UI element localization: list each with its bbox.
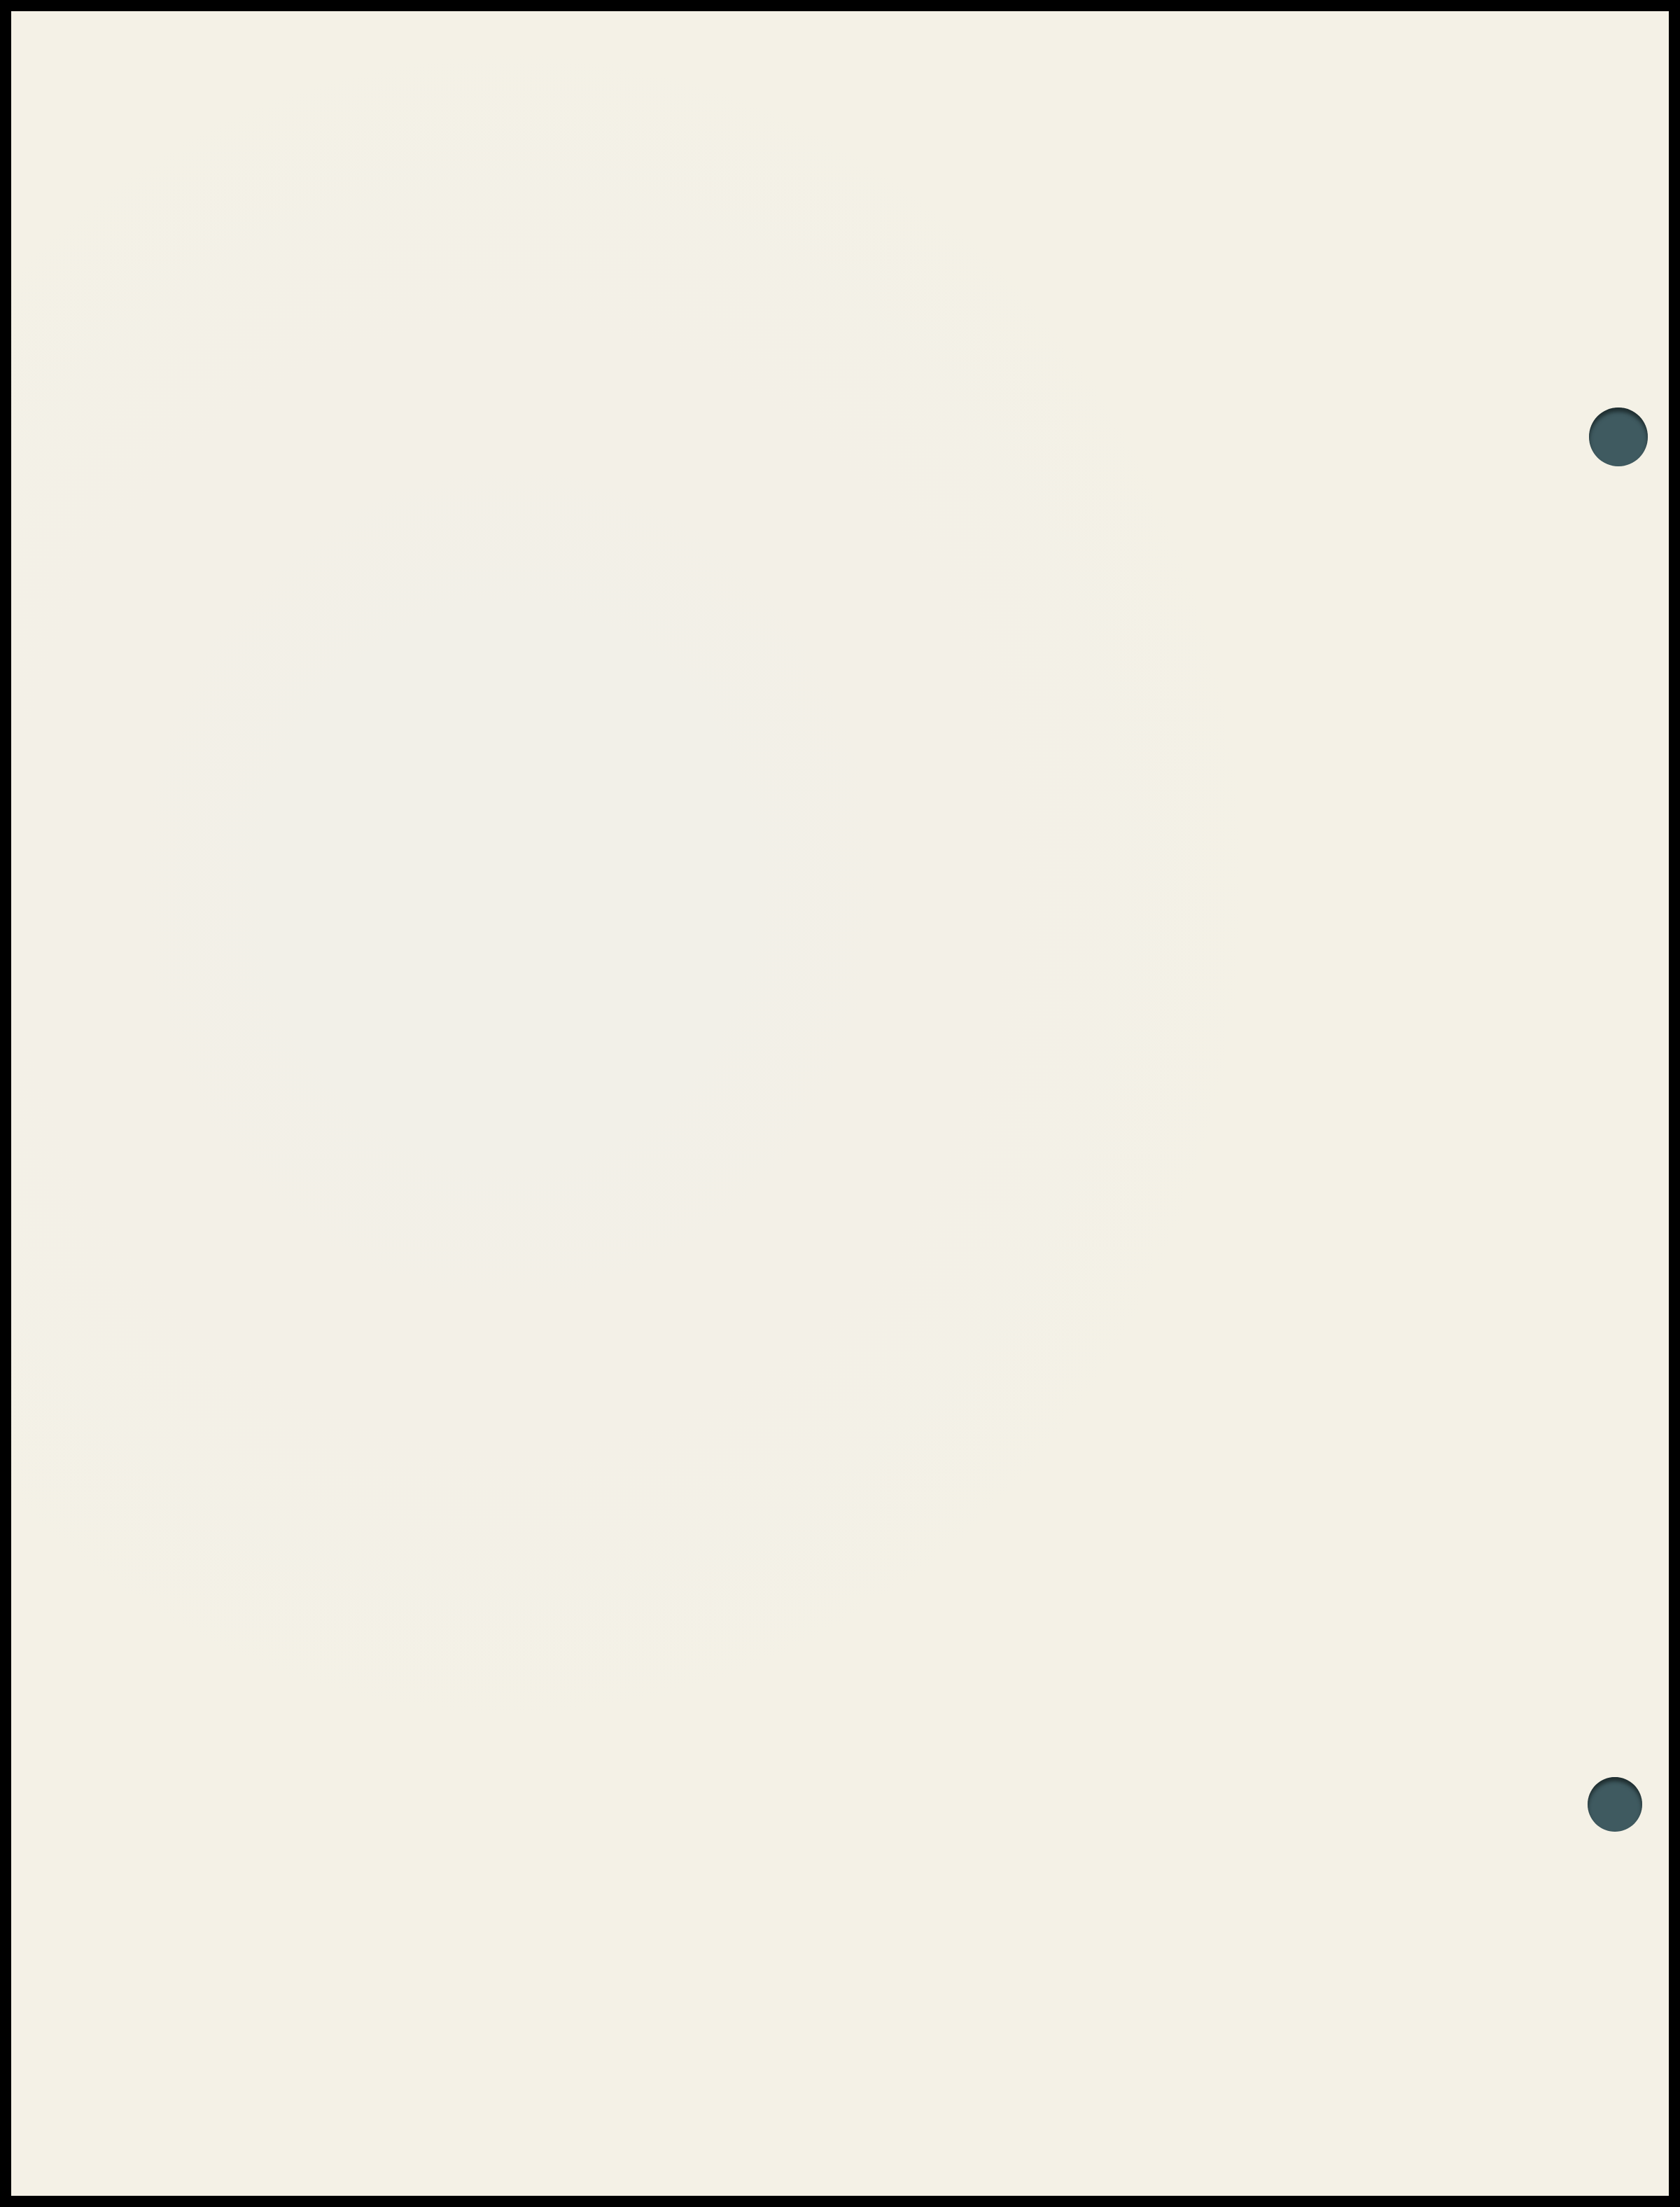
punch-hole-bottom xyxy=(1588,1777,1642,1832)
blank-page xyxy=(11,11,1669,2196)
punch-hole-top xyxy=(1589,408,1648,466)
